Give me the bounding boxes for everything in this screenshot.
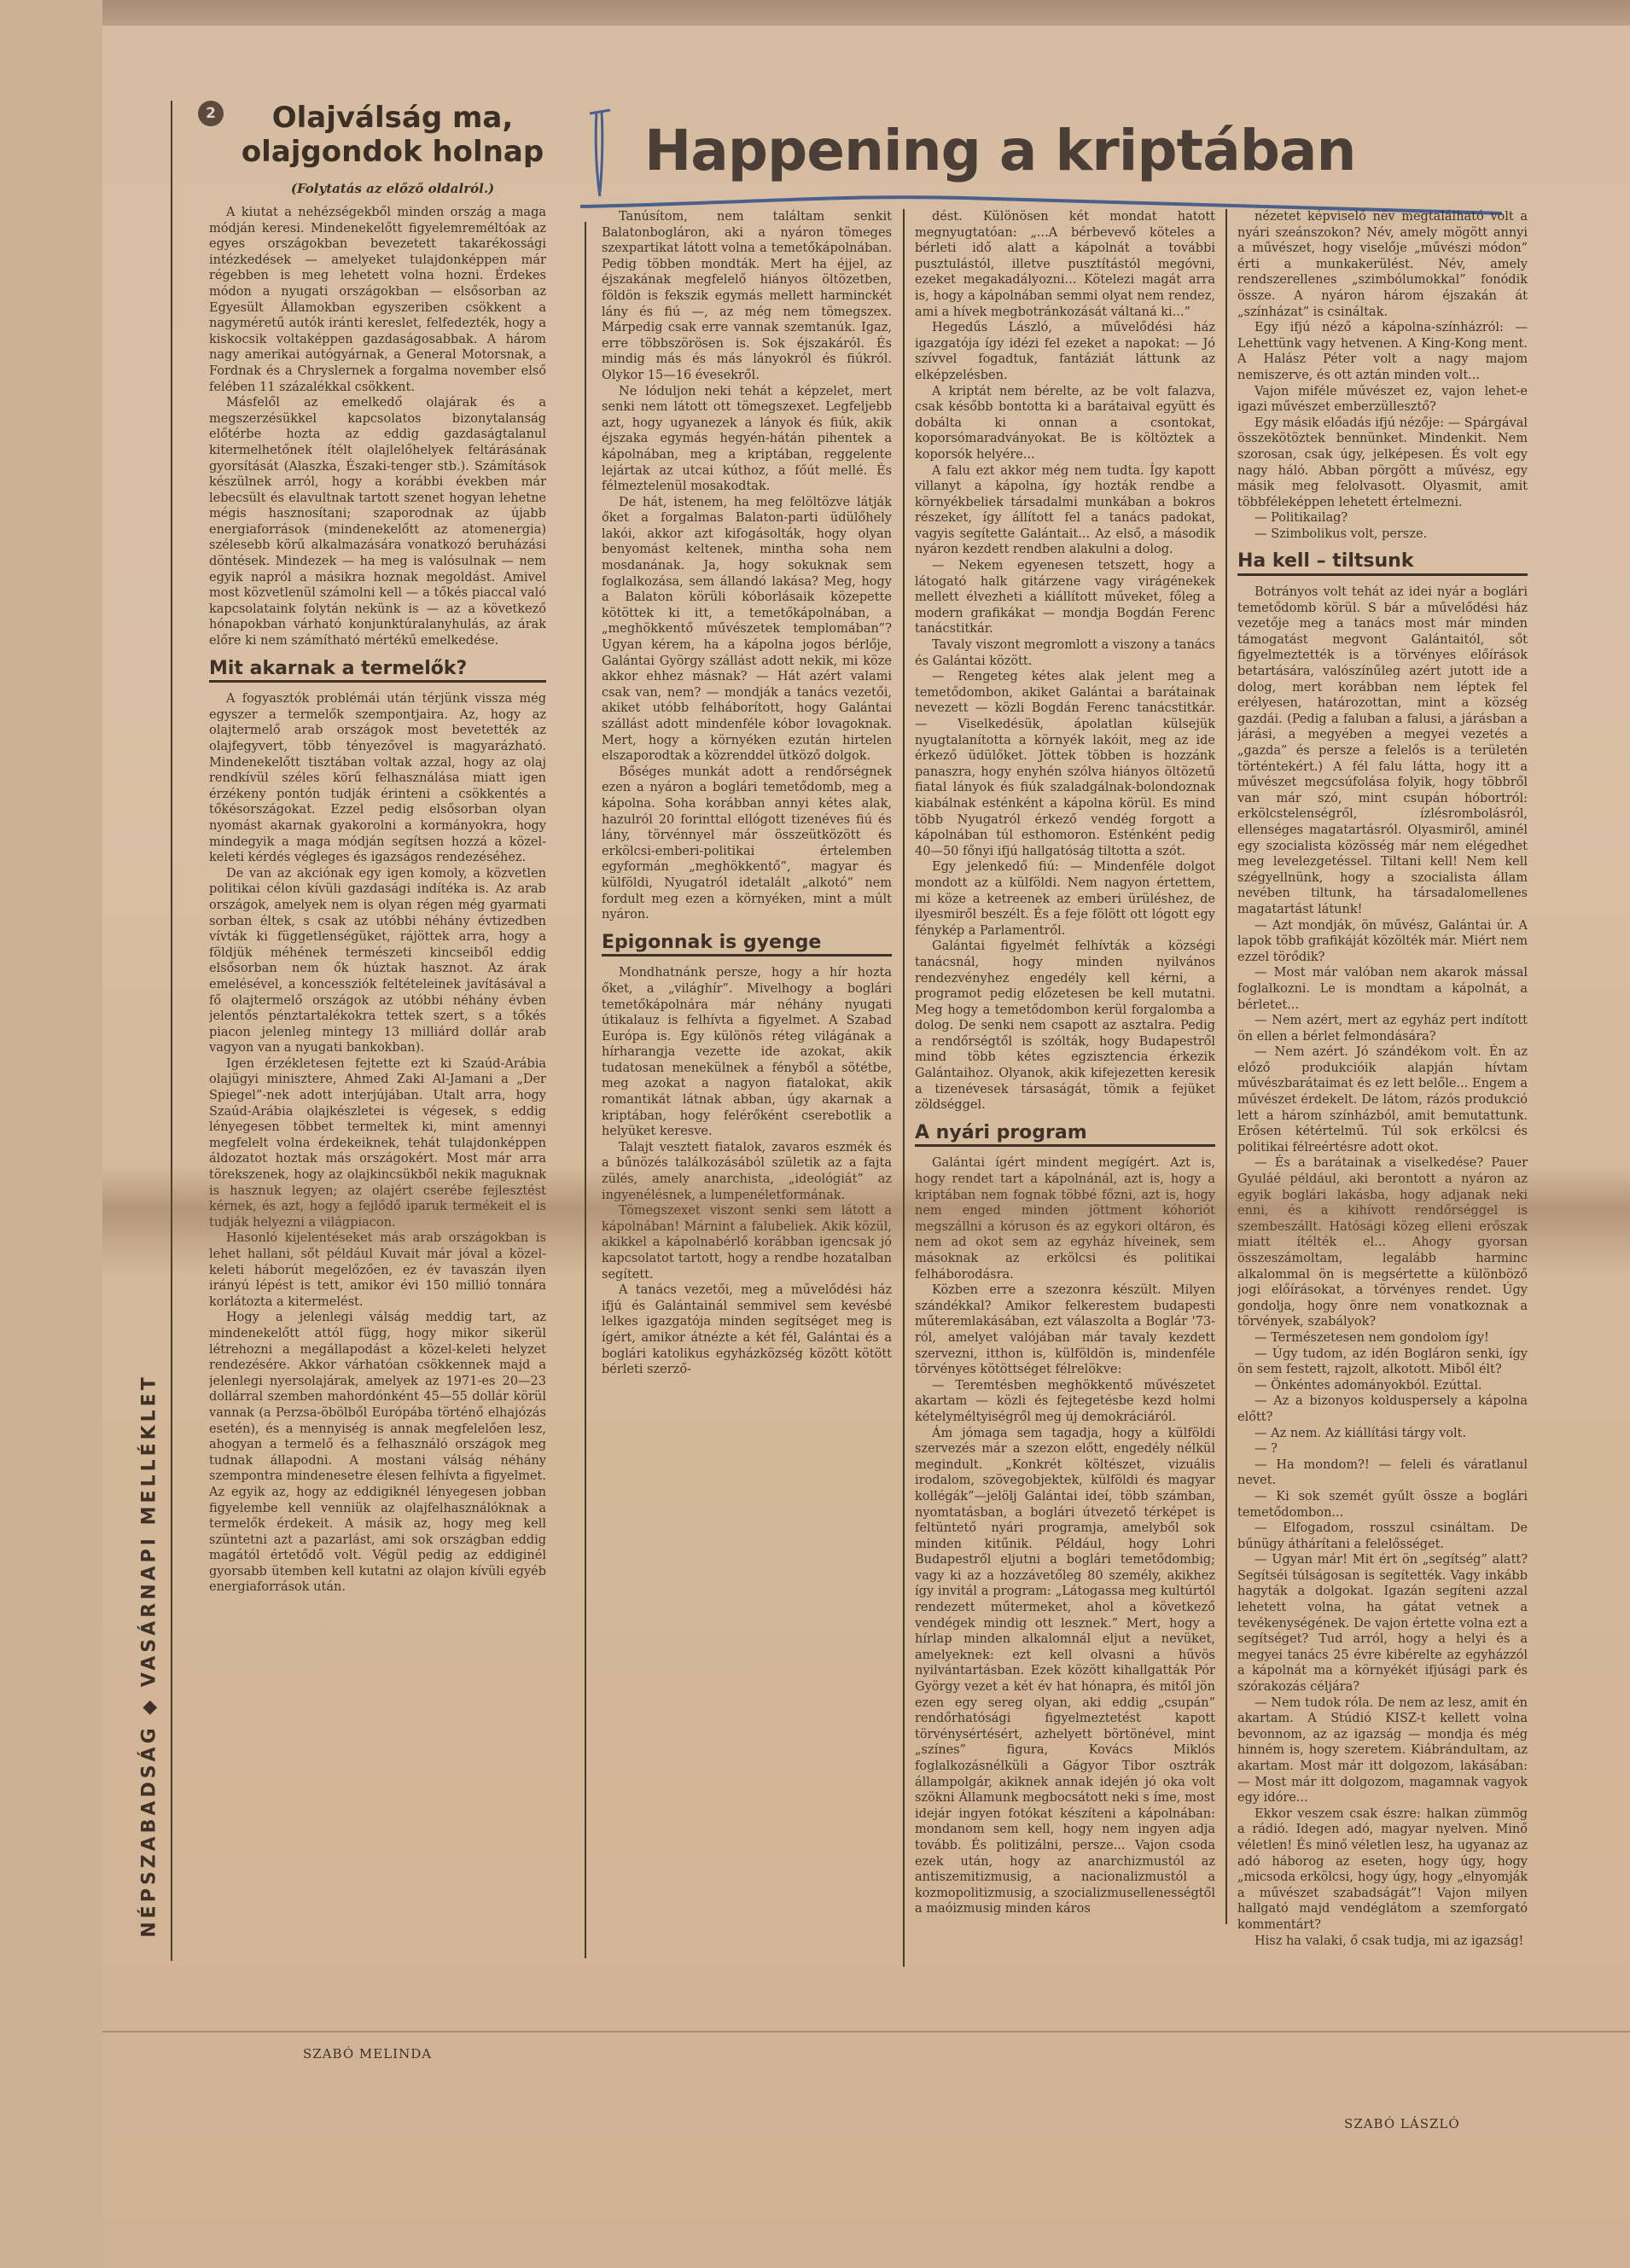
paragraph: Egy jelenkedő fiú: — Mindenféle dolgot m… [915,859,1215,939]
main-article-title: Happening a kriptában [644,118,1356,183]
main-article-col-3: nézetet képviselő név megtalálható volt … [1237,209,1528,1949]
paragraph: A fogyasztók problémái után térjünk viss… [209,691,546,866]
left-article-body: A kiutat a nehézségekből minden ország a… [209,205,546,1596]
paragraph: A tanács vezetői, meg a művelődési ház i… [602,1282,892,1378]
paragraph: Hegedűs László, a művelődési ház igazgat… [915,320,1215,383]
main-article-col-1: Tanúsítom, nem találtam senkit Balatonbo… [602,209,892,1378]
paragraph: Igen érzékletesen fejtette ezt ki Szaúd-… [209,1056,546,1231]
paragraph: — Rengeteg kétes alak jelent meg a temet… [915,669,1215,859]
section-heading: Epigonnak is gyenge [602,935,892,957]
paragraph: — Úgy tudom, az idén Bogláron senki, így… [1237,1346,1528,1378]
paragraph: Galántai ígért mindent megígért. Azt is,… [915,1155,1215,1282]
paragraph: Talajt vesztett fiatalok, zavaros eszmék… [602,1140,892,1203]
paragraph: — Természetesen nem gondolom így! [1237,1330,1528,1346]
column-rule [171,101,172,1961]
paragraph: nézetet képviselő név megtalálható volt … [1237,209,1528,320]
paragraph: Hogy a jelenlegi válság meddig tart, az … [209,1310,546,1596]
paragraph: Mondhatnánk persze, hogy a hír hozta őke… [602,965,892,1140]
paragraph: Bőséges munkát adott a rendőrségnek ezen… [602,765,892,923]
paragraph: Ne lóduljon neki tehát a képzelet, mert … [602,384,892,495]
paragraph: — Szimbolikus volt, persze. [1237,526,1528,543]
paragraph: Egy ifjú néző a kápolna-színházról: — Le… [1237,320,1528,383]
paragraph: — Nem azért. Jó szándékom volt. Én az el… [1237,1044,1528,1155]
paragraph: Tömegszexet viszont senki sem látott a k… [602,1203,892,1282]
main-article-col-2: dést. Különösen két mondat hatott megnyu… [915,209,1215,1917]
paragraph: — Most már valóban nem akarok mással fog… [1237,965,1528,1013]
paragraph: Vajon miféle művészet ez, vajon lehet-e … [1237,384,1528,416]
paragraph: Ám jómaga sem tagadja, hogy a külföldi s… [915,1426,1215,1917]
column-rule [903,209,905,1967]
paragraph: — Elfogadom, rosszul csináltam. De bűnüg… [1237,1521,1528,1552]
paragraph: — És a barátainak a viselkedése? Pauer G… [1237,1155,1528,1330]
paragraph: — Ugyan már! Mit ért ön „segítség” alatt… [1237,1552,1528,1695]
paragraph: — Ki sok szemét gyűlt össze a boglári te… [1237,1489,1528,1521]
paragraph: De hát, istenem, ha meg felöltözve látjá… [602,495,892,765]
paragraph: — Nekem egyenesen tetszett, hogy a látog… [915,558,1215,637]
paragraph: — Önkéntes adományokból. Ezúttal. [1237,1378,1528,1394]
paragraph: A kiutat a nehézségekből minden ország a… [209,205,546,395]
side-label: NÉPSZABADSÁG ◆ VASÁRNAPI MELLÉKLET [128,1280,171,2031]
paper-crease [102,2031,1630,2034]
paragraph: — Nem azért, mert az egyház pert indítot… [1237,1013,1528,1044]
paragraph: — Az nem. Az kiállítási tárgy volt. [1237,1426,1528,1442]
paragraph: Hisz ha valaki, ő csak tudja, mi az igaz… [1237,1934,1528,1950]
left-article-title: Olajválság ma, olajgondok holnap [235,101,550,169]
paragraph: Botrányos volt tehát az idei nyár a bogl… [1237,584,1528,917]
paragraph: — ? [1237,1441,1528,1457]
section-heading: A nyári program [915,1125,1215,1148]
left-article-subtitle: (Folytatás az előző oldalról.) [235,181,550,196]
main-article-author: SZABÓ LÁSZLÓ [1344,2116,1460,2131]
paragraph: Tanúsítom, nem találtam senkit Balatonbo… [602,209,892,384]
paragraph: — Nem tudok róla. De nem az lesz, amit é… [1237,1695,1528,1806]
paragraph: A kriptát nem bérelte, az be volt falazv… [915,384,1215,463]
paragraph: Másfelől az emelkedő olajárak és a megsz… [209,395,546,649]
paragraph: De van az akciónak egy igen komoly, a kö… [209,866,546,1056]
section-heading: Ha kell – tiltsunk [1237,554,1528,576]
paragraph: — Ha mondom?! — feleli és váratlanul nev… [1237,1457,1528,1489]
paragraph: Hasonló kijelentéseket más arab országok… [209,1230,546,1310]
pen-annotation-icon [585,107,619,201]
paragraph: — Politikailag? [1237,510,1528,526]
paragraph: Ekkor veszem csak észre: halkan zümmög a… [1237,1806,1528,1934]
column-rule [585,222,586,1958]
column-rule [1225,209,1227,1924]
page-number-badge: 2 [198,101,224,126]
paragraph: Galántai figyelmét felhívták a községi t… [915,939,1215,1114]
paragraph: — Teremtésben meghökkentő művészetet aka… [915,1378,1215,1426]
paragraph: A falu ezt akkor még nem tudta. Így kapo… [915,463,1215,559]
paragraph: Közben erre a szezonra készült. Milyen s… [915,1282,1215,1378]
left-article-author: SZABÓ MELINDA [303,2046,432,2062]
paragraph: — Az a bizonyos kolduspersely a kápolna … [1237,1393,1528,1425]
paragraph: dést. Különösen két mondat hatott megnyu… [915,209,1215,320]
section-heading: Mit akarnak a termelők? [209,661,546,683]
paragraph: Egy másik előadás ifjú nézője: — Spárgáv… [1237,416,1528,511]
paragraph: Tavaly viszont megromlott a viszony a ta… [915,637,1215,669]
paragraph: — Azt mondják, ön művész, Galántai úr. A… [1237,918,1528,966]
